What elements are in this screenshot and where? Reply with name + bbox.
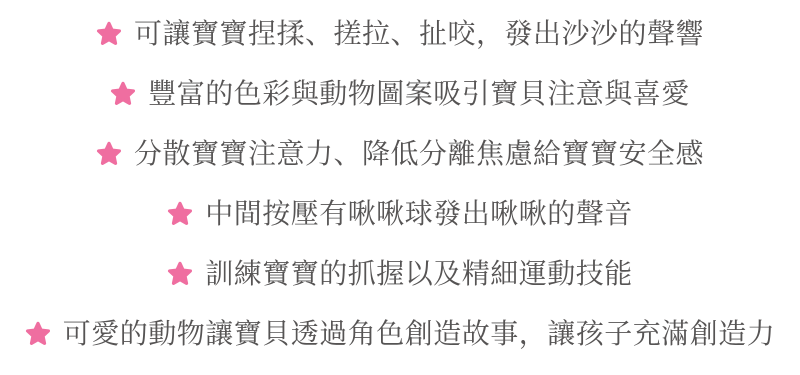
feature-text: 豐富的色彩與動物圖案吸引寶貝注意與喜愛: [148, 80, 690, 108]
feature-text: 中間按壓有啾啾球發出啾啾的聲音: [205, 200, 633, 228]
star-icon: [96, 141, 122, 167]
feature-item: 豐富的色彩與動物圖案吸引寶貝注意與喜愛: [0, 64, 800, 124]
star-icon: [110, 81, 136, 107]
star-icon: [96, 21, 122, 47]
star-icon: [167, 201, 193, 227]
star-icon: [167, 261, 193, 287]
feature-graphic: 可讓寶寶捏揉、搓拉、扯咬，發出沙沙的聲響 豐富的色彩與動物圖案吸引寶貝注意與喜愛…: [0, 0, 800, 375]
feature-text: 訓練寶寶的抓握以及精細運動技能: [205, 260, 633, 288]
feature-list: 可讓寶寶捏揉、搓拉、扯咬，發出沙沙的聲響 豐富的色彩與動物圖案吸引寶貝注意與喜愛…: [0, 4, 800, 364]
feature-item: 訓練寶寶的抓握以及精細運動技能: [0, 244, 800, 304]
feature-text: 可愛的動物讓寶貝透過角色創造故事，讓孩子充滿創造力: [63, 320, 776, 348]
star-icon: [25, 321, 51, 347]
feature-text: 可讓寶寶捏揉、搓拉、扯咬，發出沙沙的聲響: [134, 20, 704, 48]
feature-item: 中間按壓有啾啾球發出啾啾的聲音: [0, 184, 800, 244]
feature-item: 分散寶寶注意力、降低分離焦慮給寶寶安全感: [0, 124, 800, 184]
feature-item: 可讓寶寶捏揉、搓拉、扯咬，發出沙沙的聲響: [0, 4, 800, 64]
feature-text: 分散寶寶注意力、降低分離焦慮給寶寶安全感: [134, 140, 704, 168]
feature-item: 可愛的動物讓寶貝透過角色創造故事，讓孩子充滿創造力: [0, 304, 800, 364]
